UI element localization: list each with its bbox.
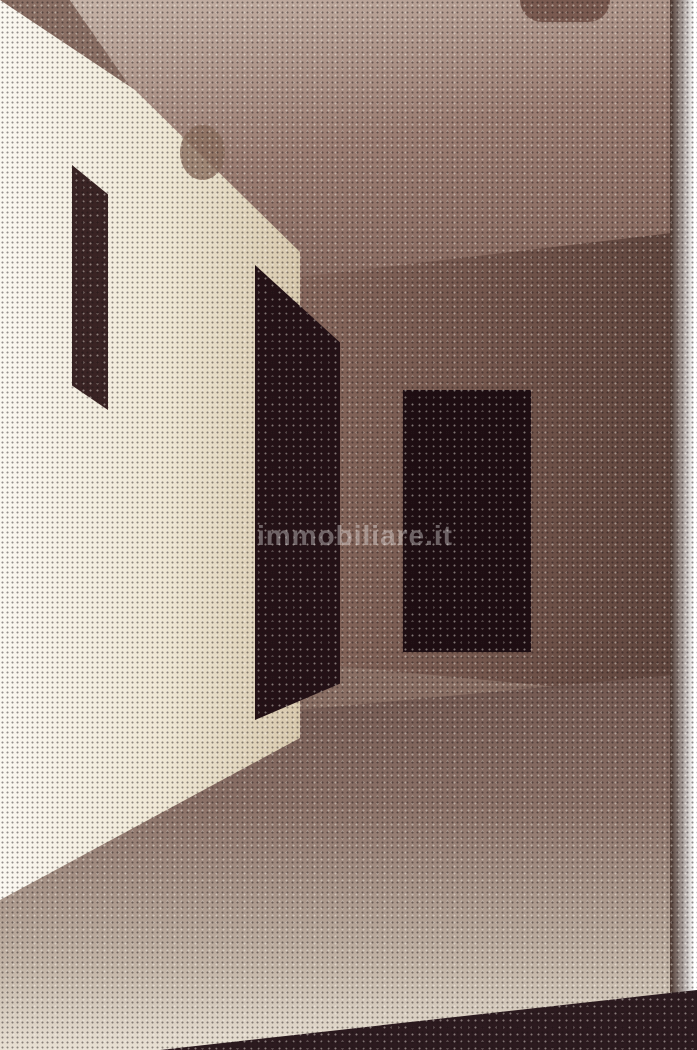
hallway-photo: immobiliare.it bbox=[0, 0, 697, 1050]
watermark: immobiliare.it bbox=[205, 520, 505, 552]
